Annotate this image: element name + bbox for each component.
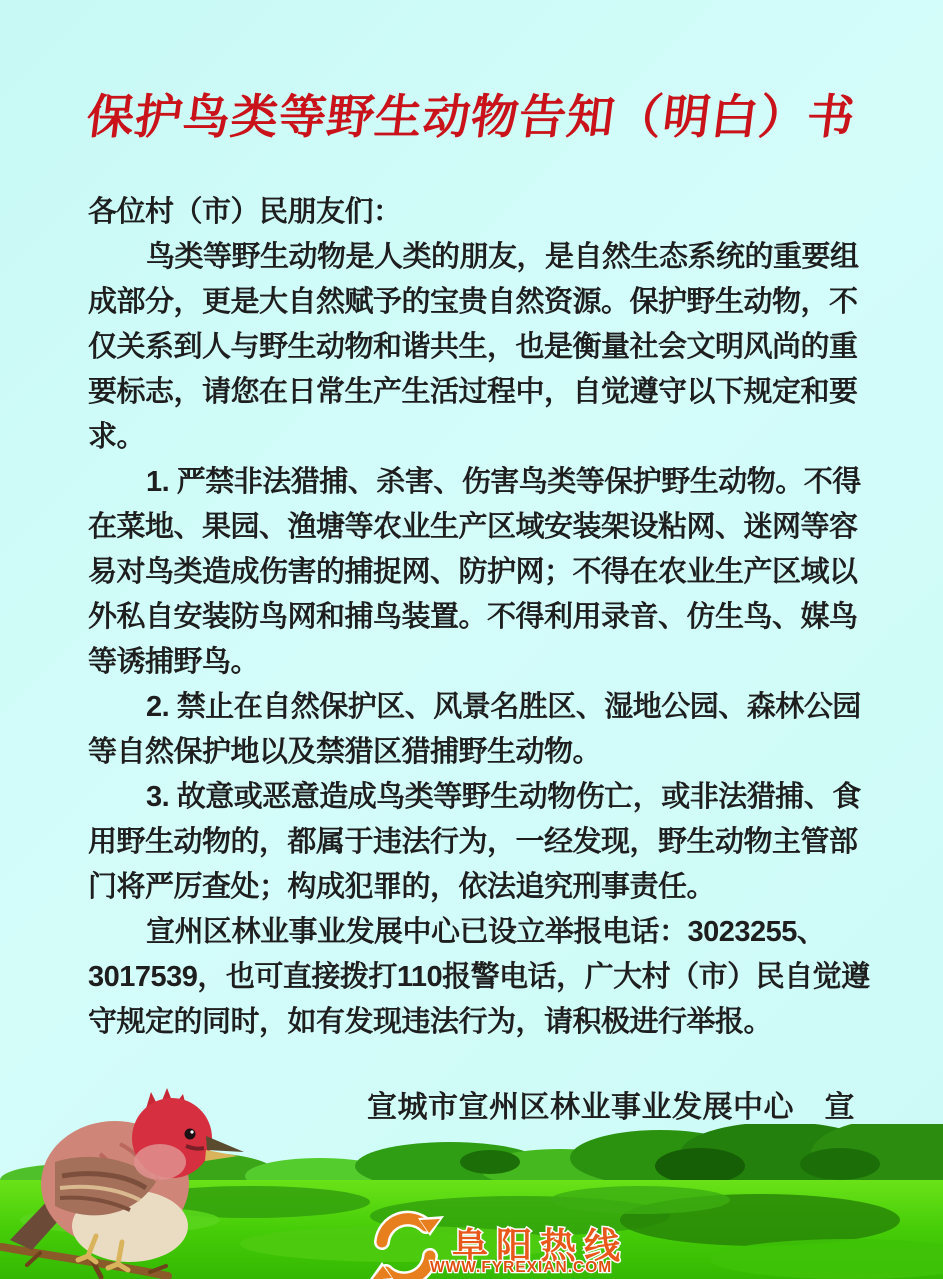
body-line: 鸟类等野生动物是人类的朋友，是自然生态系统的重要组 <box>88 235 863 280</box>
body-line: 仅关系到人与野生动物和谐共生，也是衡量社会文明风尚的重 <box>88 325 863 370</box>
body-line: 1. 严禁非法猎捕、杀害、伤害鸟类等保护野生动物。不得 <box>88 460 863 505</box>
body-line: 用野生动物的，都属于违法行为，一经发现，野生动物主管部 <box>88 820 863 865</box>
body-line: 门将严厉查处；构成犯罪的，依法追究刑事责任。 <box>88 865 863 910</box>
bird-illustration <box>0 1084 250 1279</box>
body-line: 守规定的同时，如有发现违法行为，请积极进行举报。 <box>88 1000 863 1045</box>
page-title: 保护鸟类等野生动物告知（明白）书 <box>0 80 943 147</box>
body-line: 易对鸟类造成伤害的捕捉网、防护网；不得在农业生产区域以 <box>88 550 863 595</box>
bird-head <box>132 1088 212 1180</box>
body-line: 3. 故意或恶意造成鸟类等野生动物伤亡，或非法猎捕、食 <box>88 775 863 820</box>
signature-line: 宣城市宣州区林业事业发展中心 宣 <box>367 1082 855 1126</box>
body-line: 3017539，也可直接拨打110报警电话，广大村（市）民自觉遵 <box>88 955 863 1000</box>
body-text: 各位村（市）民朋友们：鸟类等野生动物是人类的朋友，是自然生态系统的重要组成部分，… <box>88 190 863 1045</box>
body-line: 等诱捕野鸟。 <box>88 640 863 685</box>
body-line: 求。 <box>88 415 863 460</box>
body-line: 宣州区林业事业发展中心已设立举报电话：3023255、 <box>88 910 863 955</box>
bird-beak <box>205 1136 244 1161</box>
body-line: 2. 禁止在自然保护区、风景名胜区、湿地公园、森林公园 <box>88 685 863 730</box>
brand-url-text: WWW.FYREXIAN.COM <box>430 1259 612 1276</box>
body-line: 成部分，更是大自然赋予的宝贵自然资源。保护野生动物，不 <box>88 280 863 325</box>
body-line: 各位村（市）民朋友们： <box>88 190 863 235</box>
body-line: 要标志，请您在日常生产生活过程中，自觉遵守以下规定和要 <box>88 370 863 415</box>
body-line: 等自然保护地以及禁猎区猎捕野生动物。 <box>88 730 863 775</box>
body-line: 在菜地、果园、渔塘等农业生产区域安装架设粘网、迷网等容 <box>88 505 863 550</box>
body-line: 外私自安装防鸟网和捕鸟装置。不得利用录音、仿生鸟、媒鸟 <box>88 595 863 640</box>
notice-poster: 保护鸟类等野生动物告知（明白）书 各位村（市）民朋友们：鸟类等野生动物是人类的朋… <box>0 0 943 1279</box>
